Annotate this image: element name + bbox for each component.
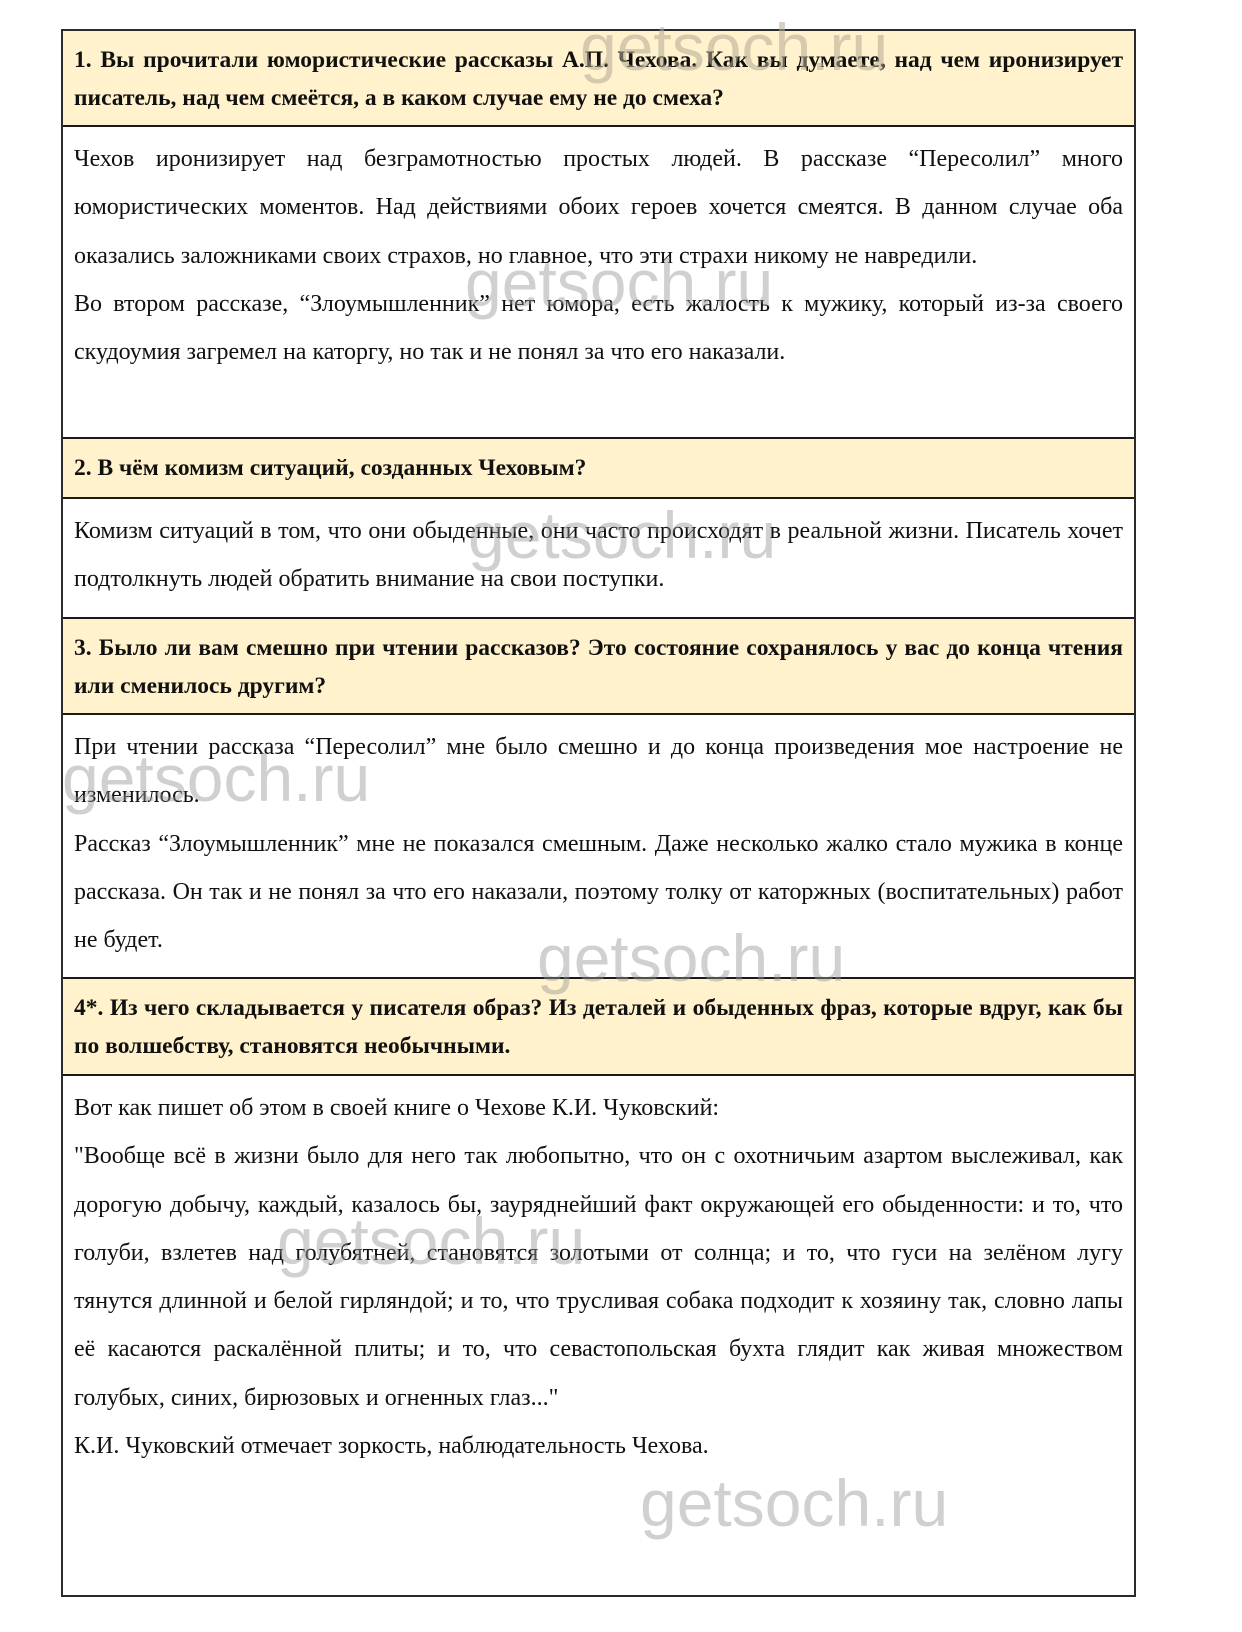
answer-4-paragraph: Вот как пишет об этом в своей книге о Че… [74,1084,1123,1132]
answer-4-paragraph: К.И. Чуковский отмечает зоркость, наблюд… [74,1422,1123,1470]
question-1: 1. Вы прочитали юмористические рассказы … [63,31,1134,127]
answer-3: При чтении рассказа “Пересолил” мне было… [63,715,1134,979]
answer-4: Вот как пишет об этом в своей книге о Че… [63,1076,1134,1595]
answer-3-paragraph: Рассказ “Злоумышленник” мне не показался… [74,820,1123,965]
answer-1-paragraph: Чехов иронизирует над безграмотностью пр… [74,135,1123,280]
answer-2: Комизм ситуаций в том, что они обыденные… [63,499,1134,619]
answer-2-paragraph: Комизм ситуаций в том, что они обыденные… [74,507,1123,604]
question-4: 4*. Из чего складывается у писателя обра… [63,979,1134,1076]
answer-4-quote: "Вообще всё в жизни было для него так лю… [74,1132,1123,1422]
question-2: 2. В чём комизм ситуаций, созданных Чехо… [63,439,1134,499]
question-3: 3. Было ли вам смешно при чтении рассказ… [63,619,1134,715]
qa-table: 1. Вы прочитали юмористические рассказы … [61,29,1136,1597]
answer-1: Чехов иронизирует над безграмотностью пр… [63,127,1134,439]
answer-3-paragraph: При чтении рассказа “Пересолил” мне было… [74,723,1123,820]
answer-1-paragraph: Во втором рассказе, “Злоумышленник” нет … [74,280,1123,377]
